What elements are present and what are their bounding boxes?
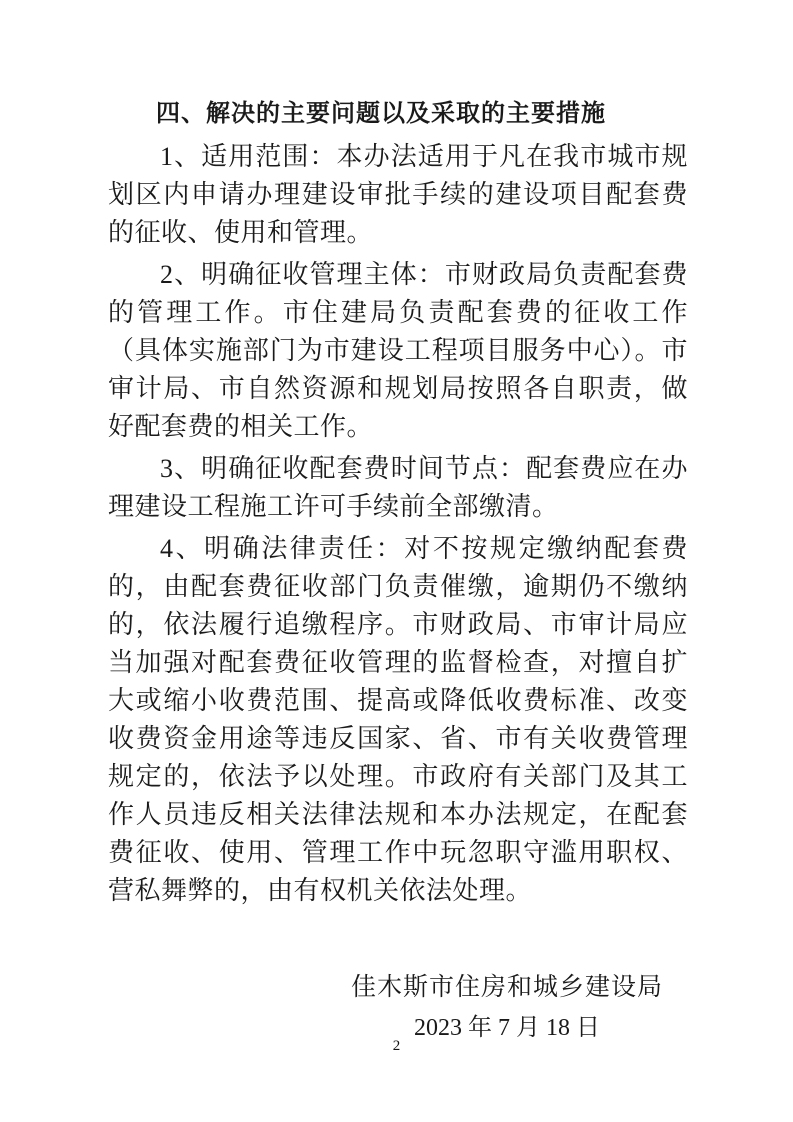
paragraph-scope: 1、适用范围：本办法适用于凡在我市城市规划区内申请办理建设审批手续的建设项目配套… [108,138,688,252]
section-heading: 四、解决的主要问题以及采取的主要措施 [108,94,688,134]
agency-signature: 佳木斯市住房和城乡建设局 [326,968,688,1008]
page-number: 2 [0,1036,793,1056]
paragraph-time-node: 3、明确征收配套费时间节点：配套费应在办理建设工程施工许可手续前全部缴清。 [108,450,688,526]
paragraph-management-body: 2、明确征收管理主体：市财政局负责配套费的管理工作。市住建局负责配套费的征收工作… [108,256,688,446]
paragraph-legal-liability: 4、明确法律责任：对不按规定缴纳配套费的，由配套费征收部门负责催缴，逾期仍不缴纳… [108,530,688,910]
document-body: 四、解决的主要问题以及采取的主要措施 1、适用范围：本办法适用于凡在我市城市规划… [108,94,688,1048]
document-page: 四、解决的主要问题以及采取的主要措施 1、适用范围：本办法适用于凡在我市城市规划… [0,0,793,1122]
